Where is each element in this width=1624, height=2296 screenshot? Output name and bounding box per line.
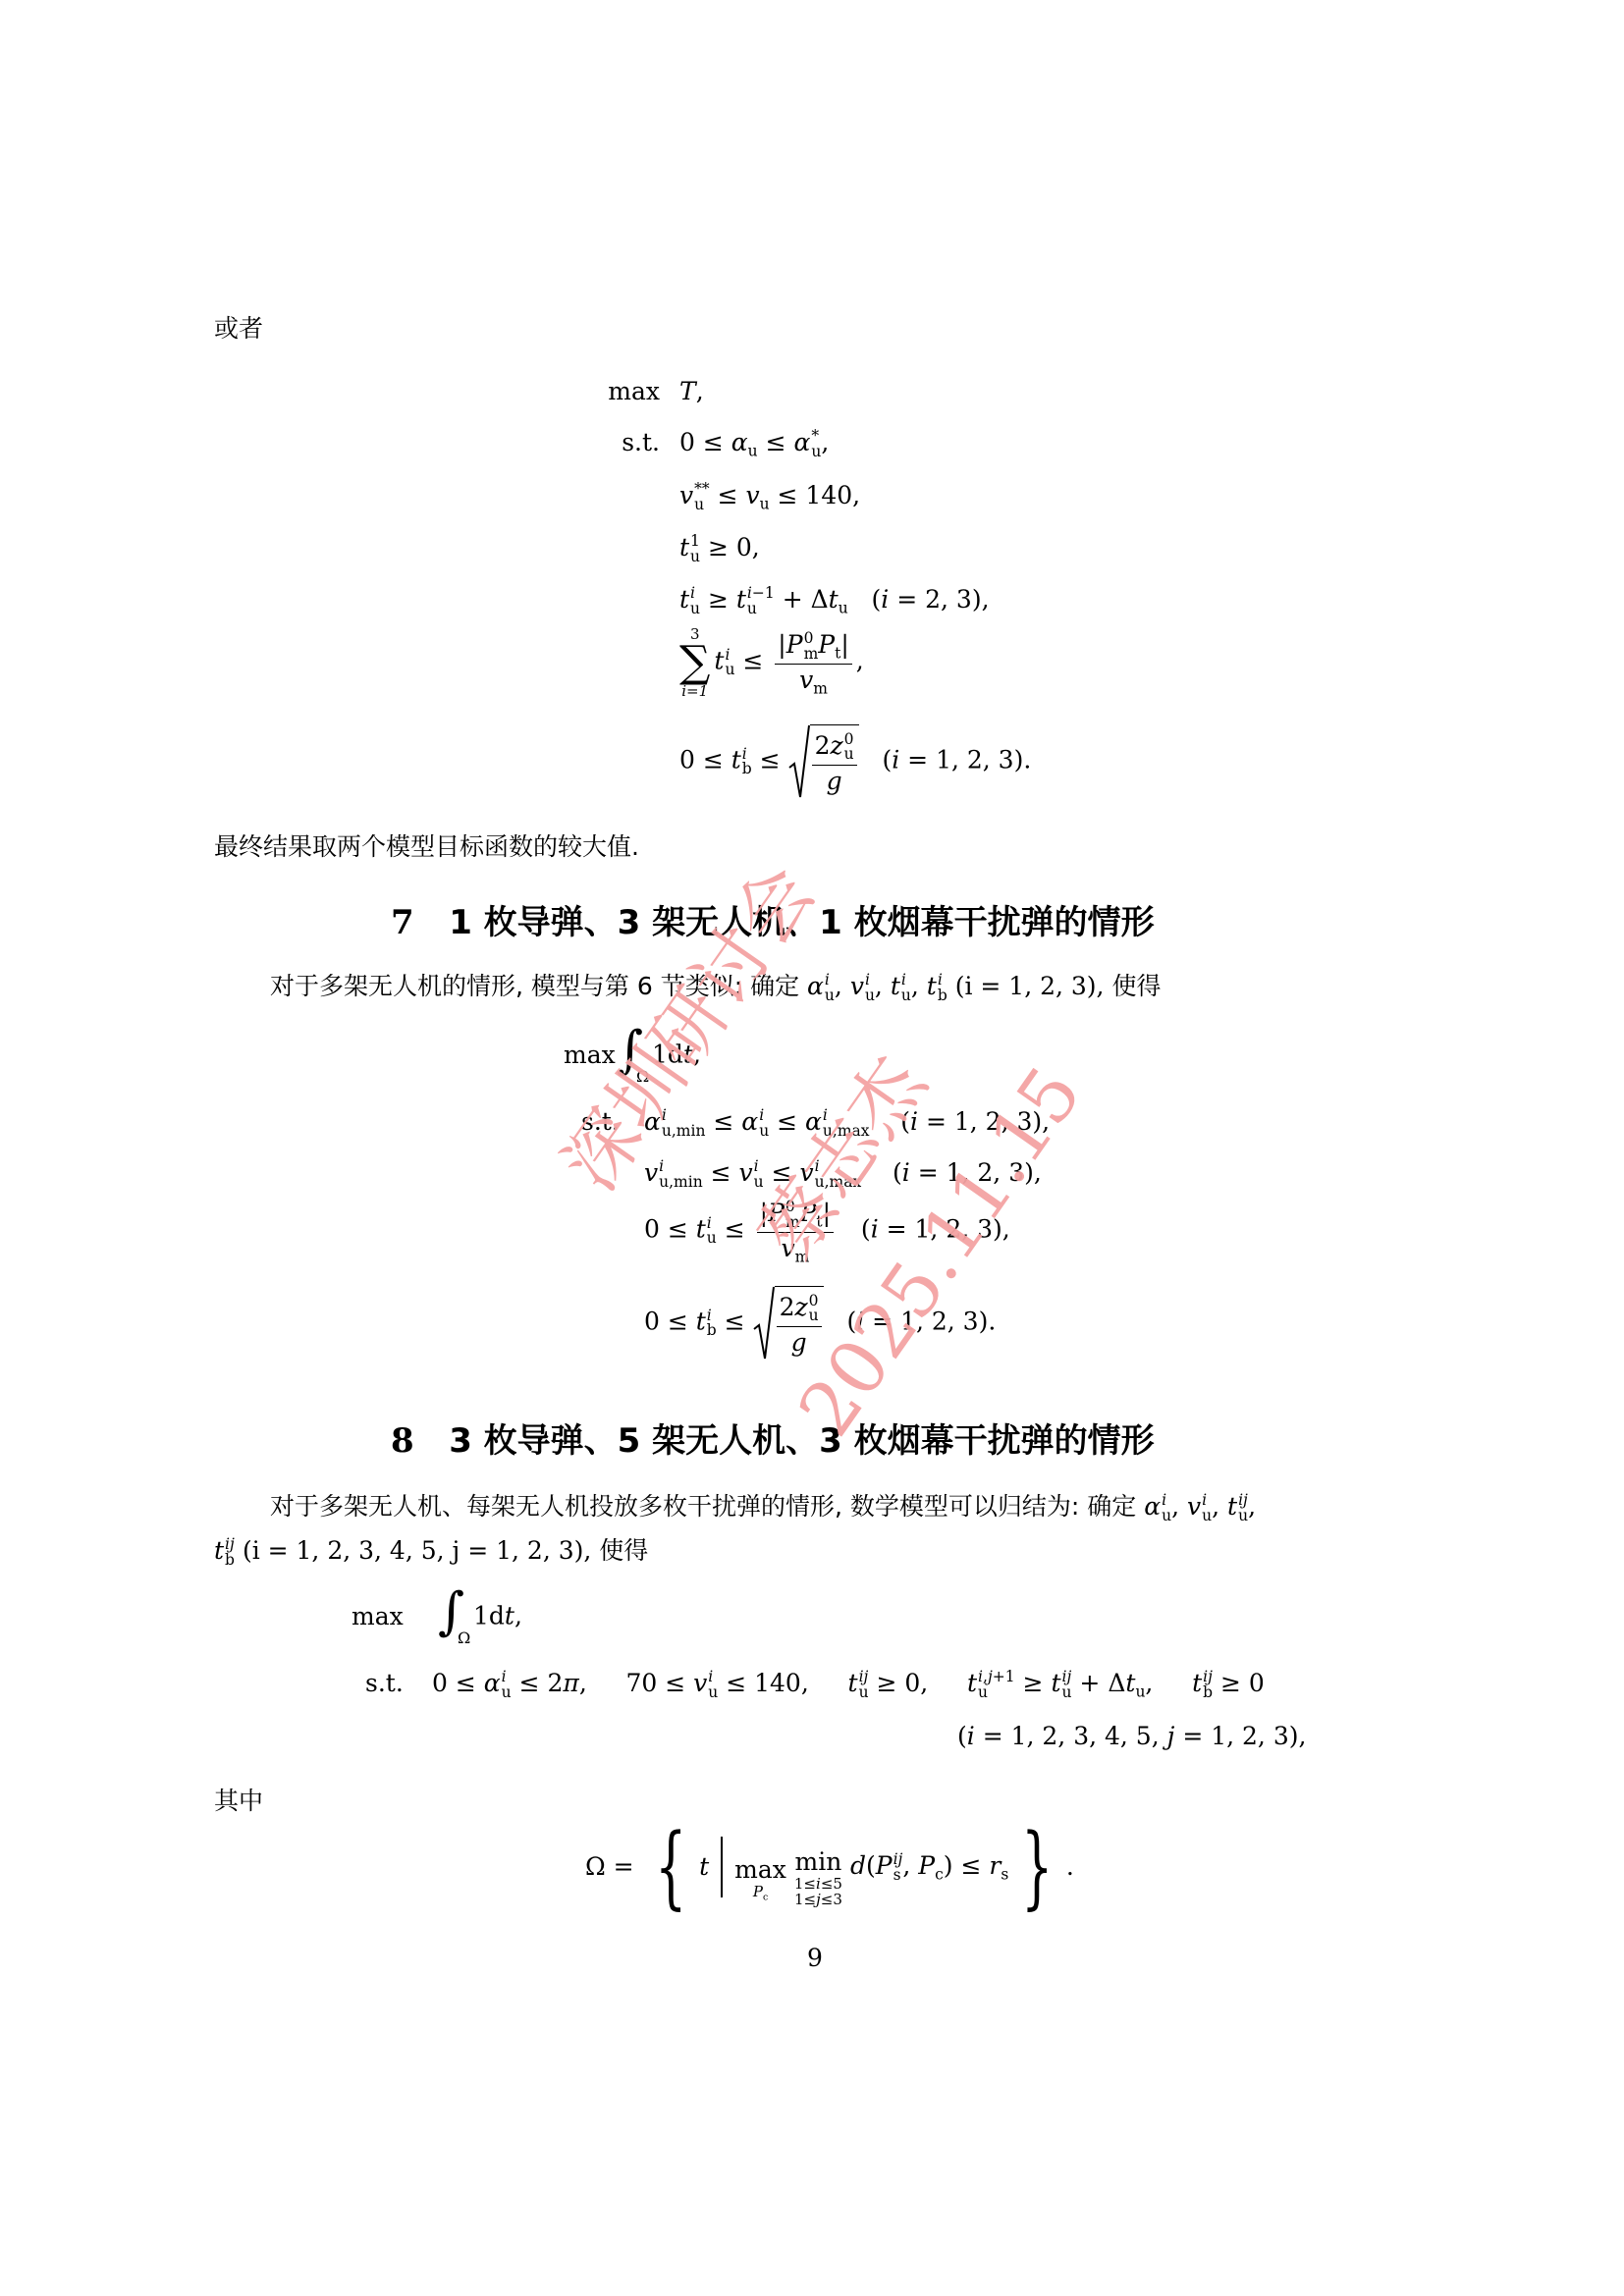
constraints-row: 0 ≤ αiu ≤ 2π, 70 ≤ viu ≤ 140, tiju ≥ 0, … [432,1669,1265,1700]
intro-prefix: 对于多架无人机的情形, 模型与第 6 节类似: 确定 [270,972,799,1000]
intro-prefix: 对于多架无人机、每架无人机投放多枚干扰弹的情形, 数学模型可以归结为: 确定 [270,1492,1136,1521]
constraint-3: t1u ≥ 0, [679,533,760,564]
set-divider [721,1837,723,1897]
constraint-1: αiu,min ≤ αiu ≤ αiu,max (i = 1, 2, 3), [644,1107,1050,1139]
st-label: s.t. [365,1669,404,1698]
constraint-1: 0 ≤ αu ≤ α*u, [679,428,829,459]
constraint-5: 3∑i=1tiu ≤ |P0mPt|vm, [679,626,864,699]
section-title: 1 枚导弹、3 架无人机、1 枚烟幕干扰弹的情形 [449,903,1154,942]
section-8-heading: 8 3 枚导弹、5 架无人机、3 枚烟幕干扰弹的情形 [391,1421,1155,1461]
constraint-2: viu,min ≤ viu ≤ viu,max (i = 1, 2, 3), [644,1158,1042,1190]
right-brace: } [1021,1822,1053,1912]
intro-suffix: 使得 [1111,972,1161,1000]
left-brace: { [655,1822,686,1912]
st-label: s.t. [601,428,660,457]
section-title: 3 枚导弹、5 架无人机、3 枚烟幕干扰弹的情形 [449,1421,1154,1461]
objective: ∫Ω1dt, [617,1027,701,1086]
intro-suffix: 使得 [599,1536,648,1565]
constraint-3: 0 ≤ tiu ≤ |P0mPt|vm (i = 1, 2, 3), [644,1200,1010,1262]
omega-definition: Ω = { t maxPc min1≤i≤51≤j≤3 d(Pijs, Pc) … [585,1818,1074,1916]
section-7-intro: 对于多架无人机的情形, 模型与第 6 节类似: 确定 αiu, viu, tiu… [270,972,1161,1003]
objective-label: max [564,1041,616,1070]
constraint-4: tiu ≥ ti−1u + Δtu (i = 2, 3), [679,585,990,616]
sqrt-symbol: 2z0ug [753,1286,824,1361]
st-label: s.t. [581,1107,620,1137]
section-8-intro-line2: tijb (i = 1, 2, 3, 4, 5, j = 1, 2, 3), 使… [214,1536,648,1568]
objective-label: max [352,1602,404,1631]
section-number: 7 [391,903,414,942]
section-8-intro-line1: 对于多架无人机、每架无人机投放多枚干扰弹的情形, 数学模型可以归结为: 确定 α… [270,1492,1256,1523]
sqrt-symbol: 2z0ug [788,724,859,799]
where-label: 其中 [214,1787,263,1816]
constraint-4: 0 ≤ tib ≤ 2z0ug (i = 1, 2, 3). [644,1286,996,1361]
constraint-2: v**u ≤ vu ≤ 140, [679,481,860,512]
section-7-heading: 7 1 枚导弹、3 架无人机、1 枚烟幕干扰弹的情形 [391,903,1155,942]
intro-range: (i = 1, 2, 3), [955,972,1105,1000]
objective: T, [679,377,704,406]
objective: ∫Ω1dt, [438,1588,522,1647]
constraint-6: 0 ≤ tib ≤ 2z0ug (i = 1, 2, 3). [679,724,1031,799]
intro-word: 或者 [214,314,263,344]
intro-range: (i = 1, 2, 3, 4, 5, j = 1, 2, 3), [243,1536,591,1565]
constraints-range: (i = 1, 2, 3, 4, 5, j = 1, 2, 3), [957,1722,1306,1751]
section-number: 8 [391,1421,414,1461]
page-number: 9 [807,1944,823,1973]
conclusion-text: 最终结果取两个模型目标函数的较大值. [214,832,639,862]
objective-label: max [601,377,660,406]
